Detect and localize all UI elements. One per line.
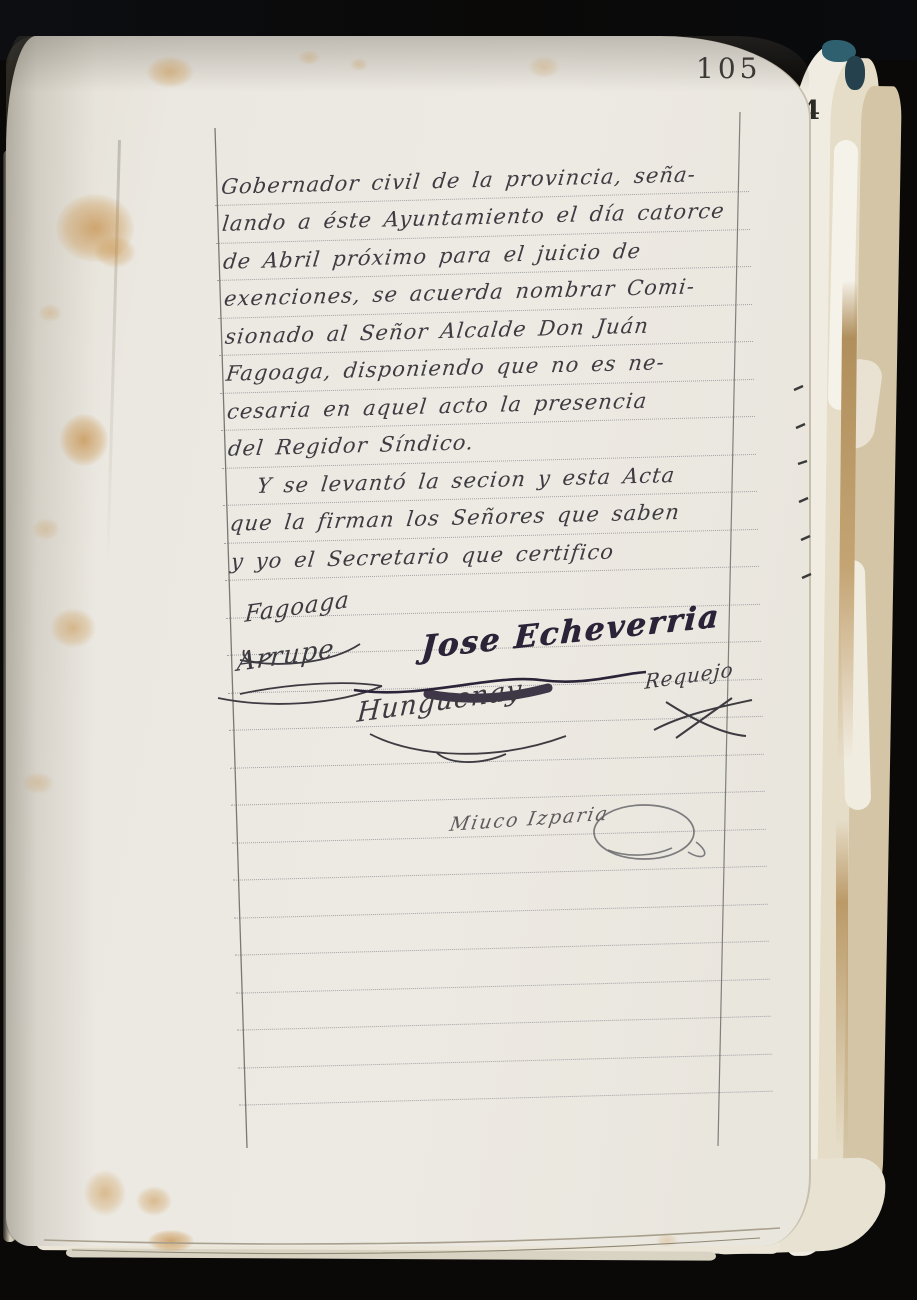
ruled-line: [237, 1016, 771, 1031]
ruled-line: [239, 1091, 773, 1106]
foxing-stain: [146, 56, 194, 88]
signature-arrupe: Arrupe: [236, 648, 334, 678]
ruled-line: [233, 866, 767, 881]
foxing-stain: [60, 414, 108, 466]
signature-requejo: Requejo: [644, 670, 734, 694]
foxing-stain: [298, 50, 320, 65]
foxing-stain: [148, 1230, 194, 1252]
foxing-stain: [50, 608, 96, 648]
foxing-stain: [350, 58, 368, 71]
rubric-circle: [584, 798, 714, 868]
page-number: 105: [696, 52, 761, 85]
signature-hunguenay: Hunguenay: [356, 698, 523, 729]
foxing-stain: [84, 1170, 126, 1216]
ruled-line: [238, 1053, 772, 1068]
page-top-shadow: [6, 36, 809, 92]
foxing-stain: [136, 1186, 172, 1216]
foxing-stain: [22, 772, 54, 794]
signature-echeverria: Jose Echeverria: [420, 630, 720, 666]
foxing-stain: [528, 56, 560, 78]
foxing-stain: [656, 1234, 678, 1247]
ruled-line: [234, 903, 768, 918]
ruled-line: [236, 978, 770, 993]
book-photo: 4 105 Gobernador civil de la provincia, …: [0, 0, 917, 1300]
foxing-stain: [32, 518, 60, 540]
deckle-edge: [836, 820, 848, 1150]
binding-cloth-fragment: [845, 56, 865, 90]
ruled-line: [235, 941, 769, 956]
foxing-stain: [94, 236, 136, 268]
rubric-flourish: [648, 692, 758, 744]
rubric-flourish: [366, 730, 576, 768]
signature-secretary: Miuco Izparia: [448, 814, 607, 836]
foxing-stain: [38, 304, 62, 322]
signature-fagoaga: Fagoaga: [244, 602, 350, 628]
